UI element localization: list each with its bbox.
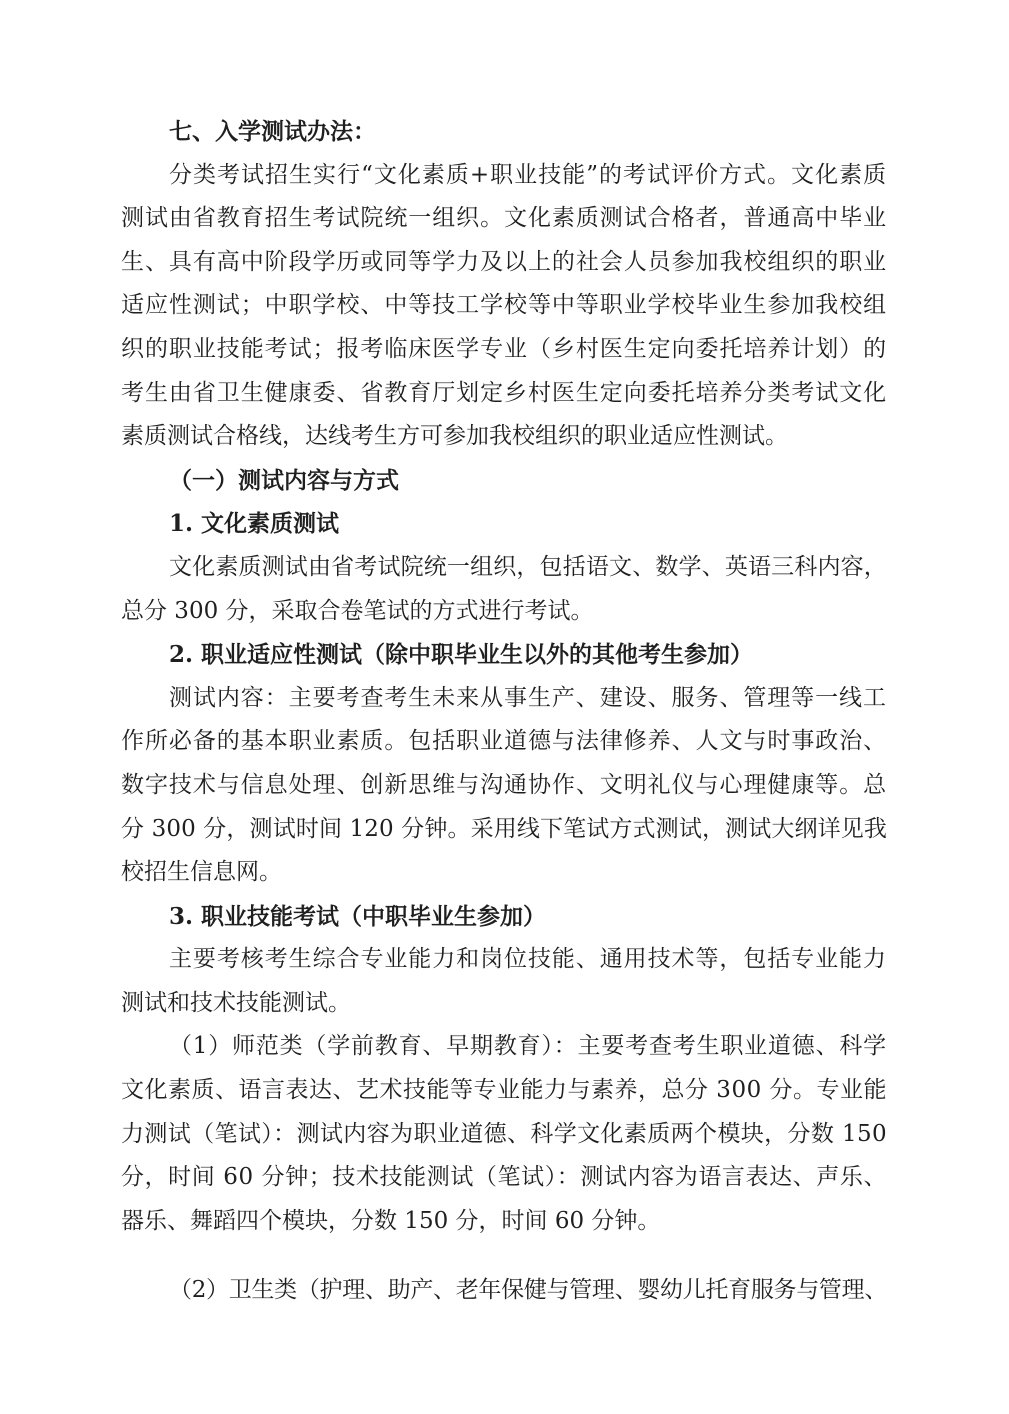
paragraph-block: 测试内容：主要考查考生未来从事生产、建设、服务、管理等一线工作所必备的基本职业素…: [121, 677, 887, 895]
text-line: （2）卫生类（护理、助产、老年保健与管理、婴幼儿托育服务与管理、: [121, 1269, 887, 1313]
text-line: 数字技术与信息处理、创新思维与沟通协作、文明礼仪与心理健康等。总: [121, 764, 887, 808]
heading-block: 3. 职业技能考试（中职毕业生参加）: [121, 895, 887, 939]
text-line: 1. 文化素质测试: [121, 502, 887, 546]
text-line: 文化素质测试由省考试院统一组织，包括语文、数学、英语三科内容，: [121, 546, 887, 590]
paragraph-block: 分类考试招生实行“文化素质+职业技能”的考试评价方式。文化素质测试由省教育招生考…: [121, 154, 887, 459]
heading-block: 七、入学测试办法：: [121, 110, 887, 154]
text-line: （一）测试内容与方式: [121, 459, 887, 503]
heading-block: 2. 职业适应性测试（除中职毕业生以外的其他考生参加）: [121, 633, 887, 677]
text-line: 织的职业技能考试；报考临床医学专业（乡村医生定向委托培养计划）的: [121, 328, 887, 372]
text-line: 作所必备的基本职业素质。包括职业道德与法律修养、人文与时事政治、: [121, 720, 887, 764]
text-line: 3. 职业技能考试（中职毕业生参加）: [121, 895, 887, 939]
paragraph-block: 主要考核考生综合专业能力和岗位技能、通用技术等，包括专业能力测试和技术技能测试。: [121, 938, 887, 1025]
text-line: 测试内容：主要考查考生未来从事生产、建设、服务、管理等一线工: [121, 677, 887, 721]
text-line: 七、入学测试办法：: [121, 110, 887, 154]
heading-block: （一）测试内容与方式: [121, 459, 887, 503]
text-line: 校招生信息网。: [121, 851, 887, 895]
text-line: 2. 职业适应性测试（除中职毕业生以外的其他考生参加）: [121, 633, 887, 677]
text-line: 主要考核考生综合专业能力和岗位技能、通用技术等，包括专业能力: [121, 938, 887, 982]
text-line: 分类考试招生实行“文化素质+职业技能”的考试评价方式。文化素质: [121, 154, 887, 198]
text-line: 考生由省卫生健康委、省教育厅划定乡村医生定向委托培养分类考试文化: [121, 372, 887, 416]
text-line: 力测试（笔试）：测试内容为职业道德、科学文化素质两个模块，分数 150: [121, 1113, 887, 1157]
text-line: 文化素质、语言表达、艺术技能等专业能力与素养，总分 300 分。专业能: [121, 1069, 887, 1113]
heading-block: 1. 文化素质测试: [121, 502, 887, 546]
document-content: 七、入学测试办法：分类考试招生实行“文化素质+职业技能”的考试评价方式。文化素质…: [121, 110, 887, 1313]
text-line: 分，时间 60 分钟；技术技能测试（笔试）：测试内容为语言表达、声乐、: [121, 1156, 887, 1200]
paragraph-block: （1）师范类（学前教育、早期教育）：主要考查考生职业道德、科学文化素质、语言表达…: [121, 1025, 887, 1243]
paragraph-block: 文化素质测试由省考试院统一组织，包括语文、数学、英语三科内容，总分 300 分，…: [121, 546, 887, 633]
text-line: 总分 300 分，采取合卷笔试的方式进行考试。: [121, 590, 887, 634]
text-line: 测试由省教育招生考试院统一组织。文化素质测试合格者，普通高中毕业: [121, 197, 887, 241]
paragraph-block: （2）卫生类（护理、助产、老年保健与管理、婴幼儿托育服务与管理、: [121, 1269, 887, 1313]
document-page: 七、入学测试办法：分类考试招生实行“文化素质+职业技能”的考试评价方式。文化素质…: [0, 0, 1009, 1414]
text-line: 器乐、舞蹈四个模块，分数 150 分，时间 60 分钟。: [121, 1200, 887, 1244]
text-line: 分 300 分，测试时间 120 分钟。采用线下笔试方式测试，测试大纲详见我: [121, 808, 887, 852]
text-line: （1）师范类（学前教育、早期教育）：主要考查考生职业道德、科学: [121, 1025, 887, 1069]
text-line: 适应性测试；中职学校、中等技工学校等中等职业学校毕业生参加我校组: [121, 284, 887, 328]
text-line: 生、具有高中阶段学历或同等学力及以上的社会人员参加我校组织的职业: [121, 241, 887, 285]
text-line: 素质测试合格线，达线考生方可参加我校组织的职业适应性测试。: [121, 415, 887, 459]
text-line: 测试和技术技能测试。: [121, 982, 887, 1026]
